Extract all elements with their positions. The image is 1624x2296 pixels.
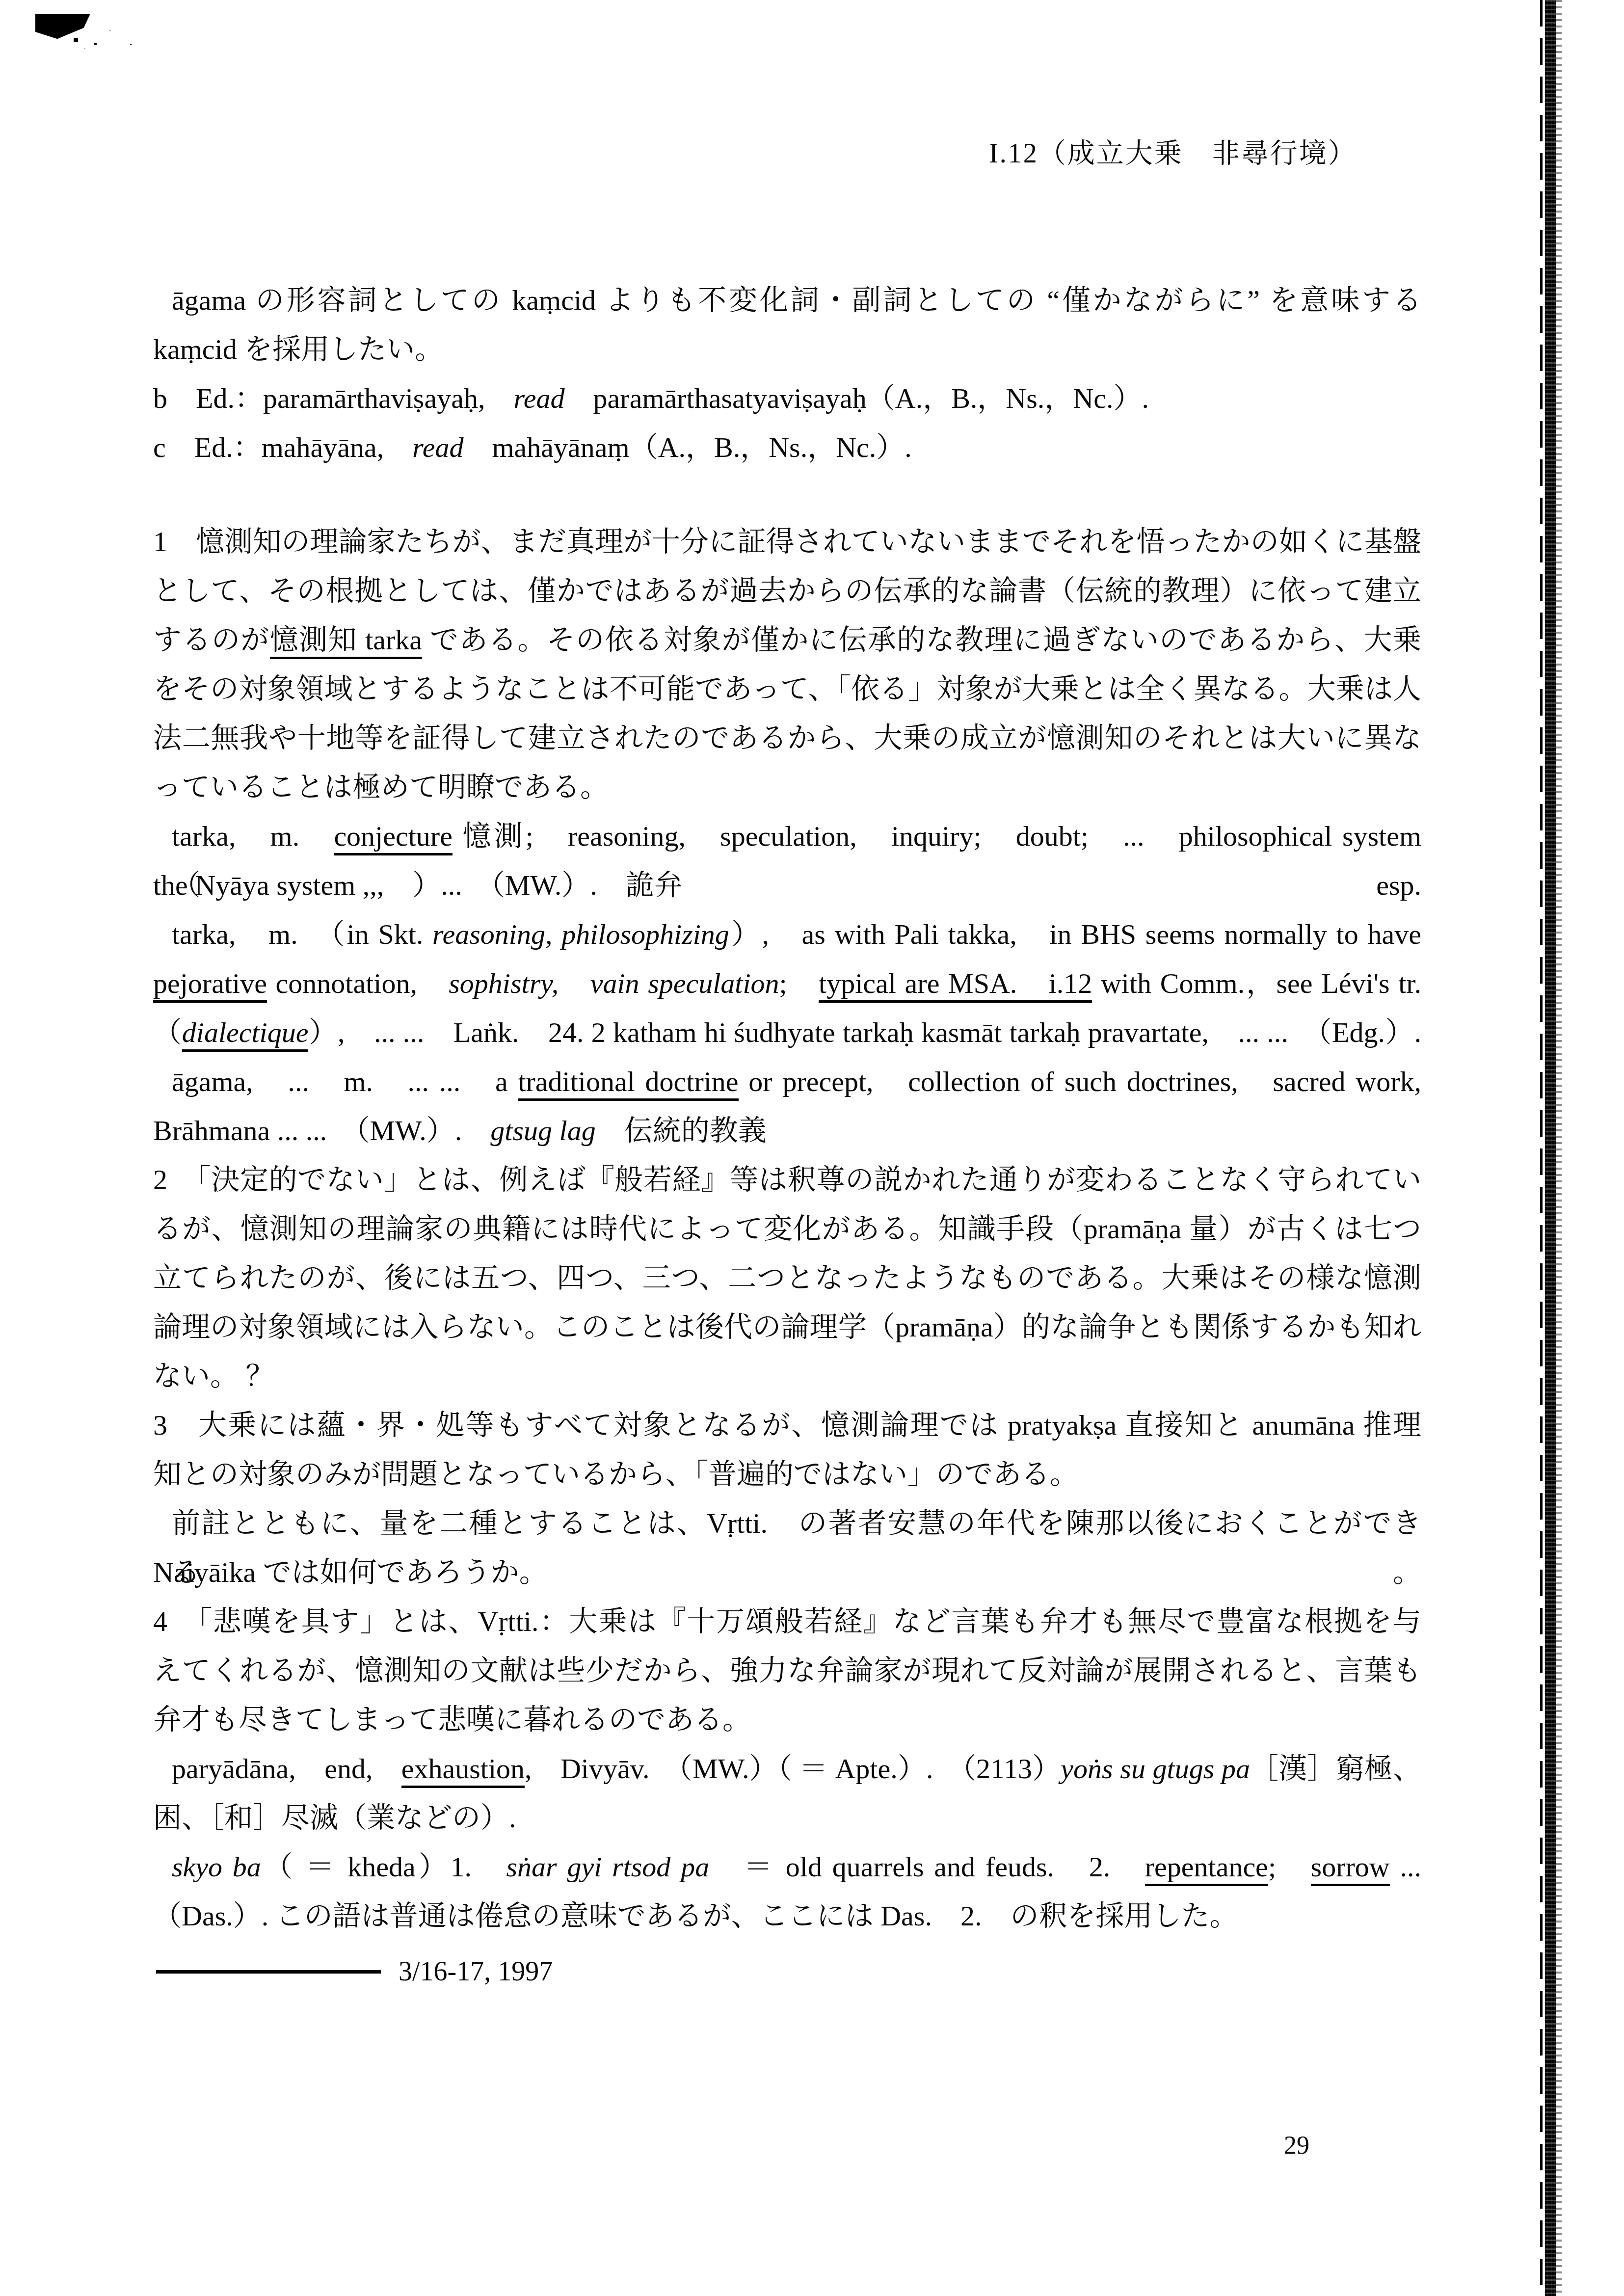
text-segment: reasoning, philosophizing: [432, 918, 729, 950]
text-segment: 法二無我や十地等を証得して建立されたのであるから、大乗の成立が憶測知のそれとは大…: [153, 722, 1421, 754]
text-segment: をその対象領域とするようなことは不可能であって、「依る」対象が大乗とは全く異なる…: [153, 673, 1421, 705]
text-segment: るが、憶測知の理論家の典籍には時代によって変化がある。知識手段（pramāṇa …: [153, 1213, 1421, 1245]
text-segment: ）, as with Pali takka, in BHS seems norm…: [729, 918, 1421, 950]
text-line: b Ed.：paramārthaviṣayaḥ, read paramārtha…: [153, 374, 1421, 423]
text-segment: ［漢］窮極、: [1250, 1753, 1421, 1785]
text-line: c Ed.：mahāyāna, read mahāyānaṃ（A.，B.，Ns.…: [153, 423, 1421, 472]
text-line: tarka, m. conjecture 憶測; reasoning, spec…: [153, 812, 1421, 861]
text-segment: or precept, collection of such doctrines…: [739, 1066, 1421, 1097]
text-segment: gtsug lag: [490, 1115, 595, 1147]
text-segment: sṅar gyi rtsod pa: [506, 1851, 710, 1883]
page-number: 29: [1284, 2131, 1309, 2160]
text-segment: 伝統的教義: [596, 1115, 767, 1147]
text-segment: 困、［和］尽滅（業などの）.: [153, 1802, 516, 1834]
text-segment: paryādāna, end,: [172, 1753, 401, 1785]
text-segment: repentance: [1145, 1851, 1268, 1886]
text-line: skyo ba（ ＝ kheda）1. sṅar gyi rtsod pa ＝ …: [153, 1842, 1421, 1892]
text-segment: 立てられたのが、後には五つ、四つ、三つ、二つとなったようなものである。大乗はその…: [153, 1262, 1421, 1294]
text-line: るが、憶測知の理論家の典籍には時代によって変化がある。知識手段（pramāṇa …: [153, 1204, 1421, 1254]
text-segment: 3 大乗には蘊・界・処等もすべて対象となるが、憶測論理では pratyakṣa …: [153, 1409, 1421, 1441]
text-segment: 知との対象のみが問題となっているから、「普遍的ではない」のである。: [153, 1458, 1078, 1490]
text-segment: 弁才も尽きてしまって悲嘆に暮れるのである。: [153, 1704, 751, 1735]
text-segment: 2 「決定的でない」とは、例えば『般若経』等は釈尊の説かれた通りが変わることなく…: [153, 1164, 1421, 1196]
text-line: 論理の対象領域には入らない。このことは後代の論理学（pramāṇa）的な論争とも…: [153, 1303, 1421, 1352]
text-segment: ...: [1390, 1851, 1421, 1883]
text-line: kaṃcid を採用したい。: [153, 325, 1421, 374]
text-line: Brāhmana ... ... （MW.）. gtsug lag 伝統的教義: [153, 1106, 1421, 1155]
text-segment: （ ＝ kheda）1.: [261, 1851, 506, 1883]
text-segment: sophistry,: [449, 967, 559, 999]
text-line: pejorative connotation, sophistry, vain …: [153, 959, 1421, 1008]
text-line: 前註とともに、量を二種とすることは、Vṛtti. の著者安慧の年代を陳那以後にお…: [153, 1499, 1421, 1548]
text-segment: mahāyānaṃ（A.，B.，Ns.，Nc.）.: [463, 431, 911, 463]
text-segment: するのが: [153, 624, 270, 656]
text-line: 困、［和］尽滅（業などの）.: [153, 1793, 1421, 1842]
text-segment: 4 「悲嘆を具す」とは、Vṛtti.：大乗は『十万頌般若経』など言葉も弁才も無尽…: [153, 1605, 1421, 1637]
text-line: をその対象領域とするようなことは不可能であって、「依る」対象が大乗とは全く異なる…: [153, 665, 1421, 714]
text-line: （Das.）. この語は普通は倦怠の意味であるが、ここには Das. 2. の釈…: [153, 1892, 1421, 1941]
text-segment: read: [513, 382, 564, 414]
scan-artifact-specks: [74, 38, 78, 42]
text-line: 2 「決定的でない」とは、例えば『般若経』等は釈尊の説かれた通りが変わることなく…: [153, 1155, 1421, 1204]
text-segment: 1 憶測知の理論家たちが、まだ真理が十分に証得されていないままでそれを悟ったかの…: [153, 526, 1421, 558]
text-line: āgama, ... m. ... ... a traditional doct…: [153, 1057, 1421, 1106]
text-segment: b Ed.：paramārthaviṣayaḥ,: [153, 382, 513, 414]
text-segment: typical are MSA. i.12: [819, 967, 1092, 1003]
text-segment: read: [412, 431, 463, 463]
body-text: āgama の形容詞としての kaṃcid よりも不変化詞・副詞としての “僅か…: [153, 276, 1421, 1941]
text-line: tarka, m. （in Skt. reasoning, philosophi…: [153, 910, 1421, 959]
text-segment: ;: [779, 967, 819, 999]
text-segment: skyo ba: [172, 1851, 261, 1883]
scanned-page: I.12（成立大乗 非尋行境） āgama の形容詞としての kaṃcid より…: [0, 0, 1624, 2296]
text-segment: Naiyāika では如何であろうか。: [153, 1556, 548, 1588]
text-line: 知との対象のみが問題となっているから、「普遍的ではない」のである。: [153, 1450, 1421, 1499]
text-segment: ）, ... ... Laṅk. 24. 2 katham hi śudhyat…: [308, 1016, 1421, 1048]
text-segment: として、その根拠としては、僅かではあるが過去からの伝承的な論書（伝統的教理）に依…: [153, 575, 1421, 607]
text-line: として、その根拠としては、僅かではあるが過去からの伝承的な論書（伝統的教理）に依…: [153, 566, 1421, 615]
text-segment: with Comm.，see Lévi's tr.: [1092, 967, 1421, 999]
text-segment: āgama の形容詞としての kaṃcid よりも不変化詞・副詞としての “僅か…: [172, 284, 1421, 316]
text-segment: っていることは極めて明瞭である。: [153, 771, 609, 803]
text-segment: c Ed.：mahāyāna,: [153, 431, 412, 463]
text-segment: ;: [1268, 1851, 1311, 1883]
scan-artifact-corner-blob: [35, 14, 90, 45]
text-segment: [559, 967, 590, 999]
text-line: えてくれるが、憶測知の文献は些少だから、強力な弁論家が現れて反対論が展開されると…: [153, 1646, 1421, 1695]
text-segment: tarka, m. （in Skt.: [172, 918, 432, 950]
text-line: するのが憶測知 tarka である。その依る対象が僅かに伝承的な教理に過ぎないの…: [153, 615, 1421, 665]
text-segment: （Das.）. この語は普通は倦怠の意味であるが、ここには Das. 2. の釈…: [153, 1900, 1238, 1932]
text-segment: vain speculation: [590, 967, 779, 999]
footer-citation-line: 3/16-17, 1997: [156, 1956, 553, 1987]
text-segment: ＝ old quarrels and feuds. 2.: [709, 1851, 1145, 1883]
text-line: paryādāna, end, exhaustion, Divyāv. （MW.…: [153, 1744, 1421, 1793]
page-header-section-label: I.12（成立大乗 非尋行境）: [989, 132, 1357, 171]
text-segment: āgama, ... m. ... ... a: [172, 1066, 518, 1097]
text-line: 弁才も尽きてしまって悲嘆に暮れるのである。: [153, 1695, 1421, 1744]
text-line: っていることは極めて明瞭である。: [153, 763, 1421, 812]
text-segment: sorrow: [1311, 1851, 1390, 1886]
text-segment: （: [153, 1016, 182, 1048]
text-line: 4 「悲嘆を具す」とは、Vṛtti.：大乗は『十万頌般若経』など言葉も弁才も無尽…: [153, 1597, 1421, 1646]
text-segment: connotation,: [267, 967, 449, 999]
scan-artifact-edge-band: [1545, 0, 1556, 2296]
text-segment: tarka, m.: [172, 820, 334, 852]
text-segment: えてくれるが、憶測知の文献は些少だから、強力な弁論家が現れて反対論が展開されると…: [153, 1655, 1421, 1686]
text-segment: 論理の対象領域には入らない。このことは後代の論理学（pramāṇa）的な論争とも…: [153, 1311, 1421, 1343]
text-segment: Brāhmana ... ... （MW.）.: [153, 1115, 490, 1147]
text-line: 立てられたのが、後には五つ、四つ、三つ、二つとなったようなものである。大乗はその…: [153, 1254, 1421, 1303]
scan-artifact-edge-line: [1540, 0, 1543, 2296]
text-segment: the Nyāya system ,,, ）... （MW.）. 詭弁: [153, 869, 683, 901]
scan-artifact-edge-fringe: [1556, 0, 1562, 2296]
footer-citation: 3/16-17, 1997: [399, 1956, 553, 1987]
text-line: （dialectique）, ... ... Laṅk. 24. 2 katha…: [153, 1008, 1421, 1057]
text-segment: 憶測知 tarka: [270, 624, 422, 659]
text-line: 1 憶測知の理論家たちが、まだ真理が十分に証得されていないままでそれを悟ったかの…: [153, 517, 1421, 566]
footer-rule: [156, 1970, 381, 1974]
text-segment: , Divyāv. （MW.）（ ＝ Apte.）. （2113）: [525, 1753, 1061, 1785]
text-line: ない。 ？: [153, 1352, 1421, 1401]
text-segment: conjecture: [334, 820, 453, 855]
text-segment: ない。 ？: [153, 1360, 274, 1392]
text-segment: である。その依る対象が僅かに伝承的な教理に過ぎないのであるから、大乗: [422, 624, 1421, 656]
text-segment: exhaustion: [401, 1753, 525, 1788]
text-segment: paramārthasatyaviṣayaḥ（A.，B.，Ns.，Nc.）.: [565, 382, 1149, 414]
text-segment: traditional doctrine: [518, 1066, 738, 1101]
text-segment: dialectique: [182, 1016, 309, 1052]
text-segment: kaṃcid を採用したい。: [153, 333, 443, 365]
text-segment: pejorative: [153, 967, 267, 1003]
text-line: āgama の形容詞としての kaṃcid よりも不変化詞・副詞としての “僅か…: [153, 276, 1421, 325]
text-segment: yoṅs su gtugs pa: [1061, 1753, 1250, 1785]
text-line: 3 大乗には蘊・界・処等もすべて対象となるが、憶測論理では pratyakṣa …: [153, 1401, 1421, 1450]
text-line: 法二無我や十地等を証得して建立されたのであるから、大乗の成立が憶測知のそれとは大…: [153, 714, 1421, 763]
